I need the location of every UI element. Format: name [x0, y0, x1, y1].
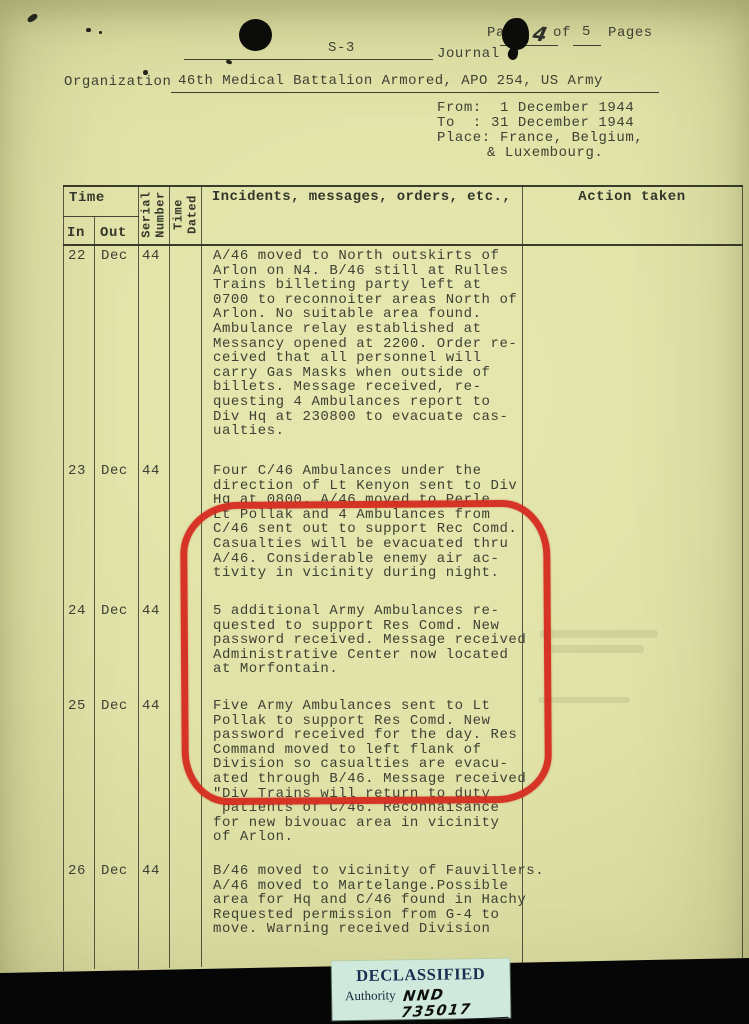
table-left-rule	[63, 185, 64, 971]
entry-month: Dec	[101, 464, 128, 479]
ink-blob-drip	[507, 46, 520, 61]
col-header-time: Time	[69, 191, 105, 206]
header-bottom-rule	[63, 244, 743, 246]
col-header-serial-number: Serial Number	[139, 186, 170, 244]
table-right-rule	[742, 185, 743, 960]
entry-incidents-text: A/46 moved to North outskirts of Arlon o…	[213, 249, 517, 439]
journal-label: Journal	[437, 47, 500, 62]
red-circle-annotation	[180, 500, 552, 806]
entry-day: 25	[68, 699, 86, 714]
total-pages-underline	[573, 45, 601, 46]
entry-day: 24	[68, 604, 86, 619]
to-value: 31 December 1944	[491, 116, 634, 131]
to-label: To :	[437, 116, 482, 131]
entry-month: Dec	[101, 249, 128, 264]
entry-year: 44	[142, 604, 160, 619]
entry-year: 44	[142, 249, 160, 264]
of-label: of	[553, 26, 571, 41]
scanned-document-screen: Pa 4 of 5 Pages S-3 Journal Organization…	[0, 0, 749, 1024]
entry-day: 22	[68, 249, 86, 264]
in-out-divider	[94, 217, 95, 969]
pages-label: Pages	[608, 26, 653, 41]
from-label: From:	[437, 101, 482, 116]
organization-underline	[171, 92, 659, 93]
time-serial-divider	[138, 185, 139, 969]
ink-bleed-smudge	[544, 645, 644, 653]
organization-label: Organization	[64, 75, 171, 90]
entry-month: Dec	[101, 864, 128, 879]
declassified-stamp: DECLASSIFIED Authority NND 735017	[332, 959, 511, 1021]
page-number-handwritten: 4	[531, 21, 550, 46]
stamp-authority-number: NND 735017	[398, 984, 512, 1024]
entry-month: Dec	[101, 699, 128, 714]
ink-bleed-smudge	[538, 697, 630, 703]
section-label: S-3	[328, 41, 355, 56]
hole-punch-mark	[239, 19, 272, 51]
col-header-action-taken: Action taken	[522, 190, 742, 205]
from-value: 1 December 1944	[500, 101, 634, 116]
entry-year: 44	[142, 699, 160, 714]
total-pages: 5	[582, 25, 591, 40]
place-value: France, Belgium,	[500, 131, 643, 146]
place-label: Place:	[437, 131, 491, 146]
entry-day: 26	[68, 864, 86, 879]
col-header-time-dated: Time Dated	[171, 186, 202, 244]
entry-month: Dec	[101, 604, 128, 619]
col-header-incidents: Incidents, messages, orders, etc.,	[201, 190, 522, 205]
entry-year: 44	[142, 864, 160, 879]
ink-bleed-smudge	[540, 630, 658, 638]
ink-blob-over-page-word	[502, 18, 529, 50]
ink-speck	[26, 12, 38, 23]
stamp-authority-label: Authority	[345, 987, 396, 1004]
col-header-out: Out	[100, 226, 127, 241]
stamp-title: DECLASSIFIED	[332, 964, 510, 987]
ink-speck	[86, 28, 91, 32]
time-subheader-rule	[63, 216, 139, 217]
ink-speck	[99, 31, 102, 34]
place-value-cont: & Luxembourg.	[487, 146, 603, 161]
document-page: Pa 4 of 5 Pages S-3 Journal Organization…	[0, 0, 749, 1024]
entry-incidents-text: B/46 moved to vicinity of Fauvillers. A/…	[213, 864, 544, 937]
organization-value: 46th Medical Battalion Armored, APO 254,…	[178, 74, 603, 89]
entry-day: 23	[68, 464, 86, 479]
entry-year: 44	[142, 464, 160, 479]
ink-speck	[143, 70, 148, 75]
serial-dated-divider	[169, 185, 170, 968]
col-header-in: In	[67, 226, 85, 241]
section-underline	[184, 59, 433, 60]
